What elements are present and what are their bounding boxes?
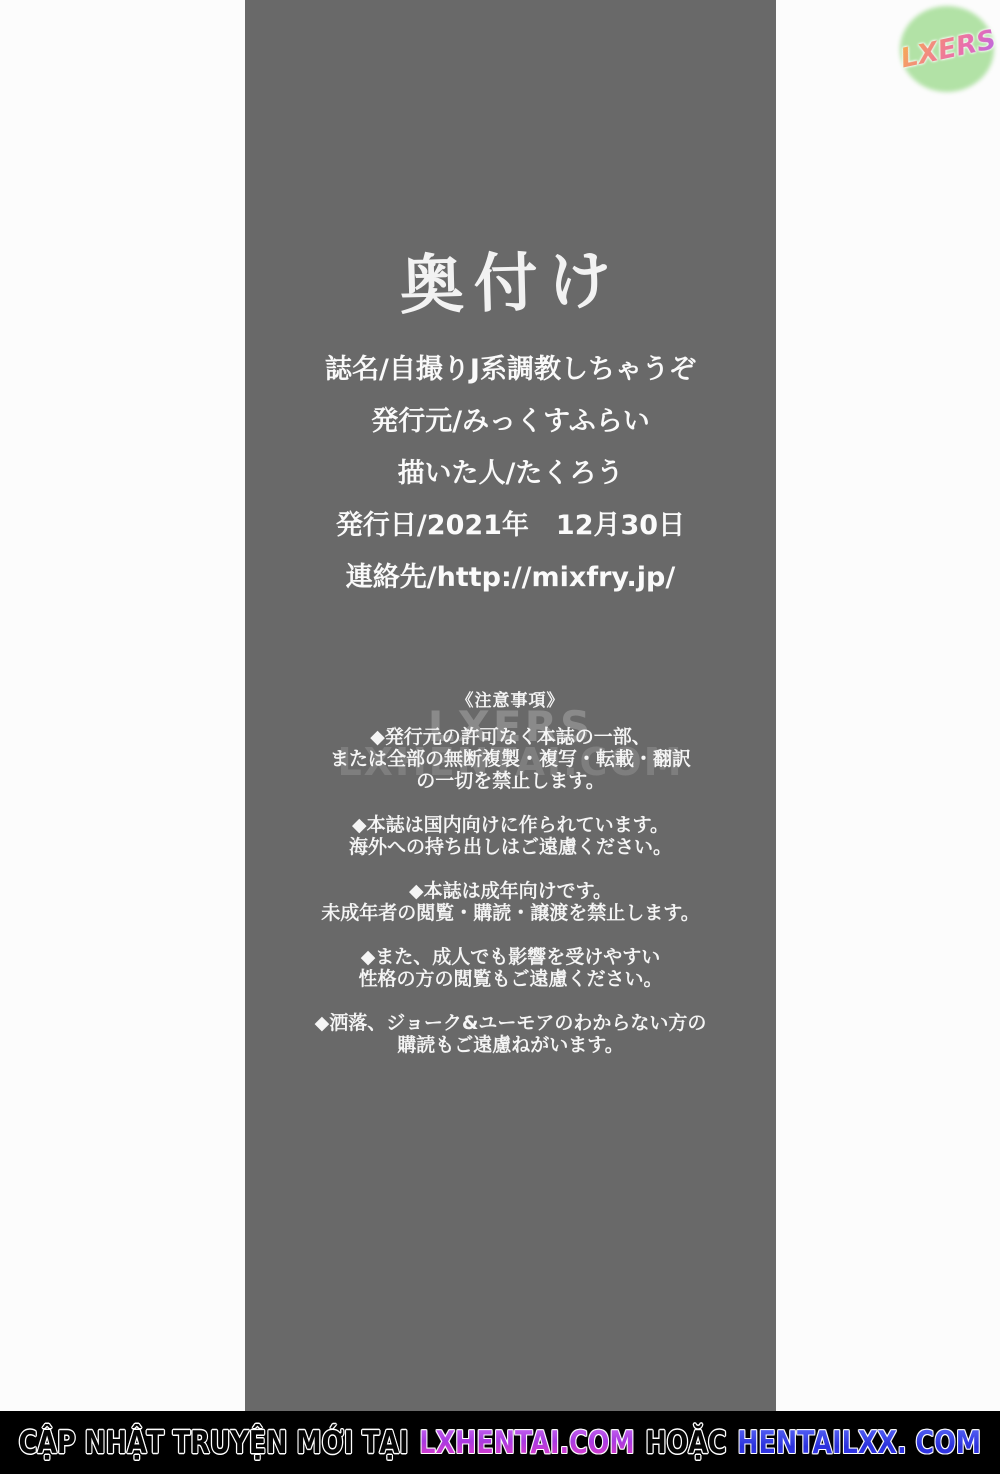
notice-line: ◆また、成人でも影響を受けやすい [245,946,776,968]
footer-site-lxhentai: LXHENTAI.COM [419,1425,634,1461]
notice-paragraph-copyright: ◆発行元の許可なく本誌の一部、 または全部の無断複製・複写・転載・翻訳 の一切を… [245,726,776,792]
notice-line: の一切を禁止します。 [245,770,776,792]
notice-paragraph-sensitive: ◆また、成人でも影響を受けやすい 性格の方の閲覧もご遠慮ください。 [245,946,776,990]
notice-paragraph-humor: ◆洒落、ジョーク&ユーモアのわからない方の 購読もご遠慮ねがいます。 [245,1012,776,1056]
notice-line: ◆本誌は国内向けに作られています。 [245,814,776,836]
page-title: 奥付け [244,225,777,331]
notice-line: ◆発行元の許可なく本誌の一部、 [245,726,776,748]
notice-line: 未成年者の閲覧・購読・譲渡を禁止します。 [245,902,776,924]
notice-line: ◆本誌は成年向けです。 [245,880,776,902]
notice-line: ◆洒落、ジョーク&ユーモアのわからない方の [245,1012,776,1034]
credit-line-artist: 描いた人/たくろう [245,448,776,500]
lxers-badge: LXERS [900,6,994,92]
credit-line-publisher: 発行元/みっくすふらい [245,396,776,448]
notice-line: 性格の方の閲覧もご遠慮ください。 [245,968,776,990]
credits-block: 誌名/自撮りJ系調教しちゃうぞ 発行元/みっくすふらい 描いた人/たくろう 発行… [245,344,776,604]
footer-site-hentailxx: HENTAILXX. COM [737,1425,981,1461]
credit-line-contact: 連絡先/http://mixfry.jp/ [245,552,776,604]
footer-prefix: CẬP NHẬT TRUYỆN MỚI TẠI [19,1425,409,1461]
credit-line-date: 発行日/2021年 12月30日 [245,500,776,552]
footer-text: CẬP NHẬT TRUYỆN MỚI TẠI LXHENTAI.COM HOẶ… [19,1425,981,1461]
footer-conjunction: HOẶC [645,1425,726,1461]
credit-line-title: 誌名/自撮りJ系調教しちゃうぞ [245,344,776,396]
notice-paragraph-adult: ◆本誌は成年向けです。 未成年者の閲覧・購読・譲渡を禁止します。 [245,880,776,924]
notice-line: 購読もご遠慮ねがいます。 [245,1034,776,1056]
notice-line: 海外への持ち出しはご遠慮ください。 [245,836,776,858]
notice-block: 《注意事項》 ◆発行元の許可なく本誌の一部、 または全部の無断複製・複写・転載・… [245,690,776,1078]
colophon-panel: 奥付け 誌名/自撮りJ系調教しちゃうぞ 発行元/みっくすふらい 描いた人/たくろ… [245,0,776,1411]
footer-bar: CẬP NHẬT TRUYỆN MỚI TẠI LXHENTAI.COM HOẶ… [0,1411,1000,1474]
notice-paragraph-domestic: ◆本誌は国内向けに作られています。 海外への持ち出しはご遠慮ください。 [245,814,776,858]
notice-line: または全部の無断複製・複写・転載・翻訳 [245,748,776,770]
notice-header: 《注意事項》 [245,690,776,712]
